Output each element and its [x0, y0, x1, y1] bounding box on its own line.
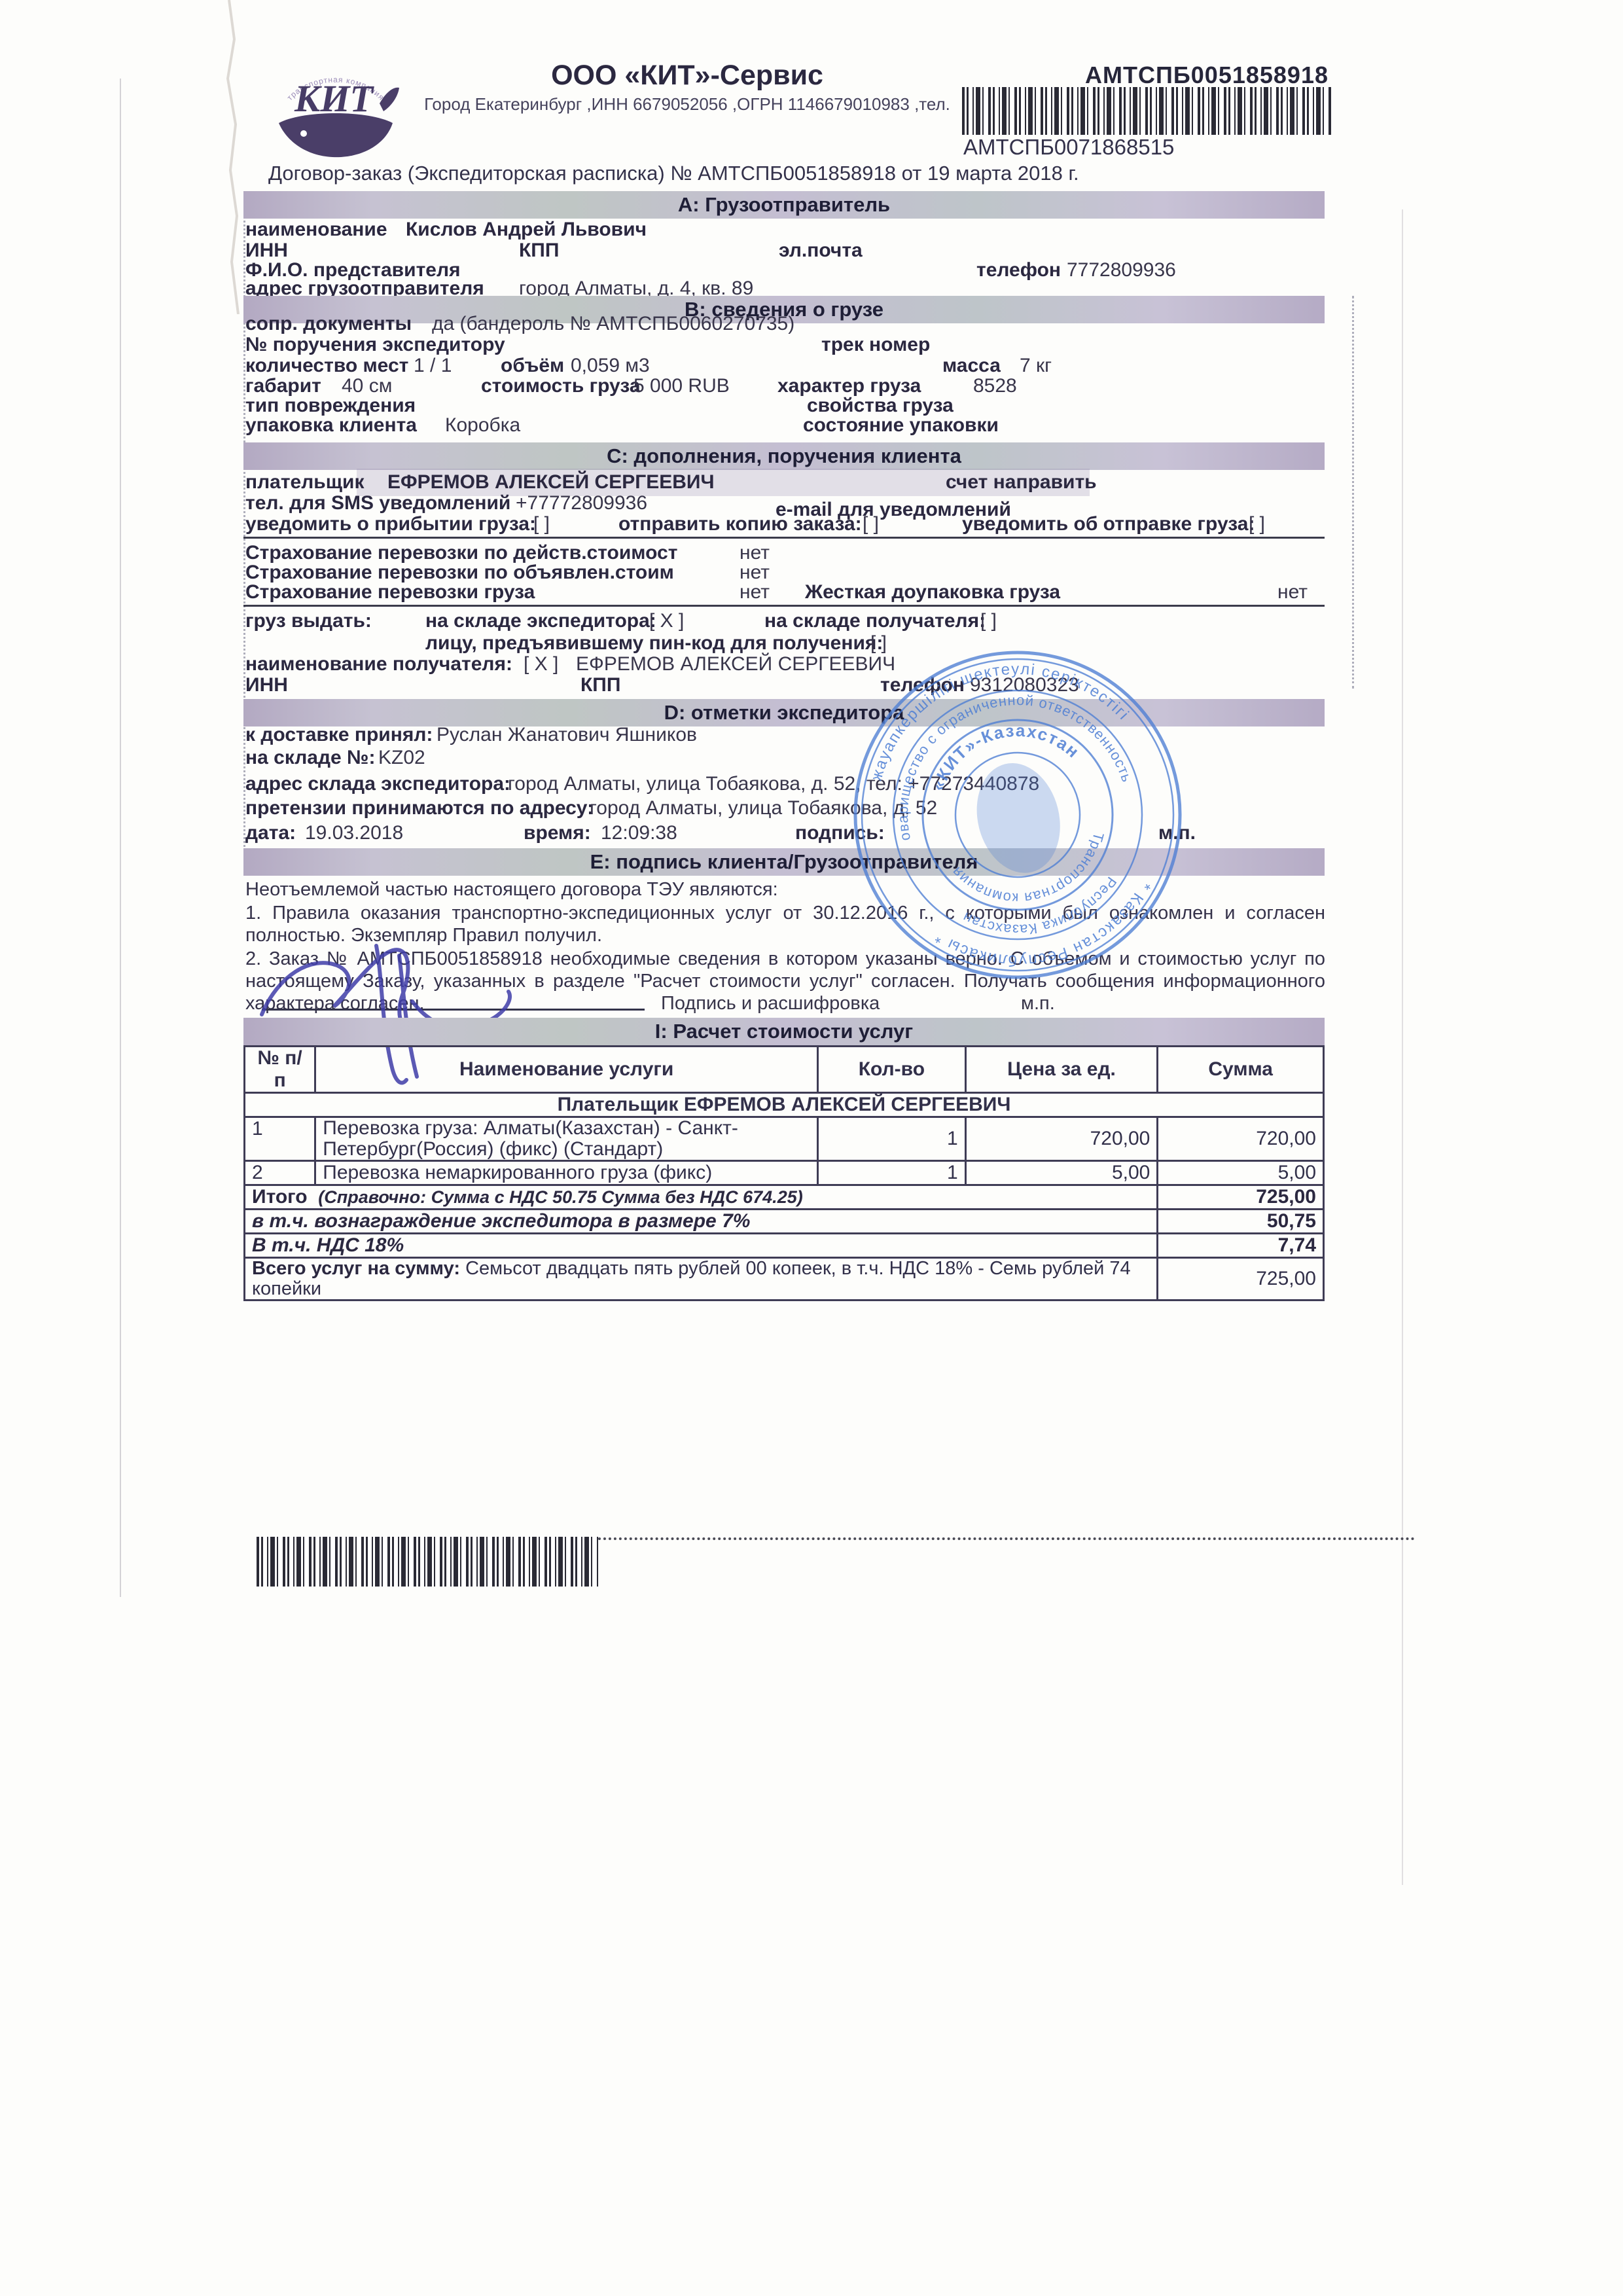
divider — [243, 605, 1325, 607]
fee-sum: 50,75 — [1158, 1210, 1324, 1234]
right-dotted-border — [1352, 296, 1354, 689]
amount-words-sum: 725,00 — [1158, 1258, 1324, 1300]
logo-kit-text: КИТ — [294, 77, 374, 120]
col-header-price: Цена за ед. — [965, 1047, 1158, 1093]
label-order-number: № поручения экспедитору — [245, 334, 505, 356]
amount-words-label: Всего услуг на сумму: — [252, 1258, 460, 1279]
label-notify-departure: уведомить об отправке груза: — [962, 513, 1255, 535]
label-email: эл.почта — [779, 240, 863, 262]
label-mass: масса — [942, 355, 1001, 377]
amount-words-row: Всего услуг на сумму: Семьсот двадцать п… — [245, 1258, 1158, 1300]
label-warehouse-forwarder: на складе экспедитора: — [425, 610, 656, 632]
label-kpp: КПП — [519, 240, 559, 262]
value-insurance-declared: нет — [740, 562, 770, 584]
label-warehouse-address: адрес склада экспедитора: — [245, 773, 510, 795]
checkbox-send-copy[interactable]: [ ] — [863, 513, 879, 535]
value-mass: 7 кг — [1020, 355, 1052, 377]
value-time: 12:09:38 — [601, 822, 677, 844]
label-volume: объём — [501, 355, 564, 377]
label-cargo-cost: стоимость груза — [481, 375, 641, 397]
row-num: 1 — [245, 1117, 315, 1161]
value-sender-name: Кислов Андрей Львович — [406, 219, 647, 241]
value-volume: 0,059 м3 — [571, 355, 650, 377]
checkbox-warehouse-forwarder[interactable]: [ X ] — [649, 610, 684, 632]
total-row-label: Итого (Справочно: Сумма с НДС 50.75 Сумм… — [245, 1185, 1158, 1210]
cost-calculation-table: № п/п Наименование услуги Кол-во Цена за… — [243, 1045, 1325, 1301]
label-release-cargo: груз выдать: — [245, 610, 372, 632]
label-docs: сопр. документы — [245, 313, 412, 335]
stamp-emblem — [965, 754, 1071, 882]
table-row: 1 Перевозка груза: Алматы(Казахстан) - С… — [245, 1117, 1324, 1161]
value-docs: да (бандероль № АМТСПБ0060270735) — [432, 313, 794, 335]
label-client-packing: упаковка клиента — [245, 414, 417, 437]
row-price: 5,00 — [965, 1161, 1158, 1185]
label-size: габарит — [245, 375, 321, 397]
fee-label: в т.ч. вознаграждение экспедитора в разм… — [245, 1210, 1158, 1234]
label-send-invoice: счет направить — [946, 471, 1097, 493]
barcode-bottom — [257, 1537, 598, 1587]
label-recipient-inn: ИНН — [245, 674, 288, 696]
label-pin-person: лицу, предъявившему пин-код для получени… — [425, 632, 883, 655]
section-c-header: С: дополнения, поручения клиента — [243, 442, 1325, 470]
label-time: время: — [524, 822, 591, 844]
label-insurance-actual: Страхование перевозки по действ.стоимост — [245, 542, 677, 564]
total-note: (Справочно: Сумма с НДС 50.75 Сумма без … — [318, 1187, 802, 1207]
label-packing-state: состояние упаковки — [803, 414, 999, 437]
checkbox-notify-departure[interactable]: [ ] — [1249, 513, 1265, 535]
row-qty: 1 — [818, 1117, 966, 1161]
value-places: 1 / 1 — [414, 355, 452, 377]
row-price: 720,00 — [965, 1117, 1158, 1161]
label-cargo-nature: характер груза — [777, 375, 921, 397]
label-recipient-name: наименование получателя: — [245, 653, 512, 675]
row-service: Перевозка немаркированного груза (фикс) — [315, 1161, 818, 1185]
label-track-number: трек номер — [821, 334, 930, 356]
value-cargo-cost: 5 000 RUB — [633, 375, 730, 397]
row-service: Перевозка груза: Алматы(Казахстан) - Сан… — [315, 1117, 818, 1161]
value-sms-phone: +77772809936 — [516, 492, 647, 514]
label-accepted-by: к доставке принял: — [245, 724, 433, 746]
label-date: дата: — [245, 822, 296, 844]
vat-label: В т.ч. НДС 18% — [245, 1234, 1158, 1258]
col-header-num: № п/п — [245, 1047, 315, 1093]
table-row: 2 Перевозка немаркированного груза (фикс… — [245, 1161, 1324, 1185]
value-insurance-actual: нет — [740, 542, 770, 564]
scan-fold-line — [1402, 209, 1403, 1885]
barcode-top-subnumber: АМТСПБ0071868515 — [963, 136, 1174, 158]
section-a-header: А: Грузоотправитель — [243, 191, 1325, 219]
col-header-qty: Кол-во — [818, 1047, 966, 1093]
scanned-forwarding-receipt: транспортная компания КИТ ООО «КИТ»-Серв… — [0, 0, 1623, 2296]
label-notify-arrival: уведомить о прибытии груза: — [245, 513, 536, 535]
value-insurance-cargo: нет — [740, 581, 770, 603]
checkbox-pin-person[interactable]: [ ] — [870, 632, 887, 655]
vat-sum: 7,74 — [1158, 1234, 1324, 1258]
checkbox-notify-arrival[interactable]: [ ] — [533, 513, 550, 535]
label-cargo-props: свойства груза — [807, 395, 954, 417]
label-recipient-kpp: КПП — [580, 674, 620, 696]
label-payer: плательщик — [245, 471, 365, 493]
barcode-top-number: АМТСПБ0051858918 — [1073, 62, 1329, 89]
document-title-line: Договор-заказ (Экспедиторская расписка) … — [268, 162, 1079, 185]
company-address: Город Екатеринбург ,ИНН 6679052056 ,ОГРН… — [366, 93, 1008, 115]
label-warehouse-recipient: на складе получателя: — [764, 610, 986, 632]
label-rigid-packing: Жесткая доупаковка груза — [805, 581, 1060, 603]
total-sum: 725,00 — [1158, 1185, 1324, 1210]
perforation-dotted-line — [598, 1537, 1415, 1540]
label-name: наименование — [245, 219, 387, 241]
value-payer: ЕФРЕМОВ АЛЕКСЕЙ СЕРГЕЕВИЧ — [387, 471, 715, 493]
label-phone: телефон — [976, 259, 1061, 281]
col-header-service: Наименование услуги — [315, 1047, 818, 1093]
label-inn: ИНН — [245, 240, 288, 262]
row-num: 2 — [245, 1161, 315, 1185]
checkbox-warehouse-recipient[interactable]: [ ] — [980, 610, 997, 632]
label-places: количество мест — [245, 355, 408, 377]
divider — [243, 537, 1325, 539]
label-warehouse-no: на складе №: — [245, 747, 375, 769]
col-header-sum: Сумма — [1158, 1047, 1324, 1093]
label-insurance-declared: Страхование перевозки по объявлен.стоим — [245, 562, 674, 584]
label-claims-address: претензии принимаются по адресу: — [245, 797, 594, 819]
label-insurance-cargo: Страхование перевозки груза — [245, 581, 535, 603]
total-label: Итого — [252, 1186, 308, 1208]
value-size: 40 см — [342, 375, 392, 397]
signature-caption: Подпись и расшифровка — [661, 992, 880, 1014]
value-date: 19.03.2018 — [305, 822, 403, 844]
row-sum: 5,00 — [1158, 1161, 1324, 1185]
section-i-header: I: Расчет стоимости услуг — [243, 1018, 1325, 1045]
value-warehouse-no: KZ02 — [378, 747, 425, 769]
checkbox-recipient-name[interactable]: [ X ] — [524, 653, 558, 675]
label-sms: тел. для SMS уведомлений — [245, 492, 510, 514]
barcode-top — [962, 87, 1331, 135]
payer-row: Плательщик ЕФРЕМОВ АЛЕКСЕЙ СЕРГЕЕВИЧ — [245, 1093, 1324, 1117]
scan-edge-line — [120, 79, 121, 1597]
label-damage-type: тип повреждения — [245, 395, 416, 417]
value-rigid-packing: нет — [1277, 581, 1308, 603]
value-sender-phone: 7772809936 — [1067, 259, 1176, 281]
label-send-copy: отправить копию заказа: — [618, 513, 862, 535]
company-name: ООО «КИТ»-Сервис — [366, 60, 1008, 90]
value-cargo-nature: 8528 — [973, 375, 1017, 397]
value-client-packing: Коробка — [445, 414, 520, 437]
row-qty: 1 — [818, 1161, 966, 1185]
value-accepted-by: Руслан Жанатович Яшников — [437, 724, 697, 746]
row-sum: 720,00 — [1158, 1117, 1324, 1161]
